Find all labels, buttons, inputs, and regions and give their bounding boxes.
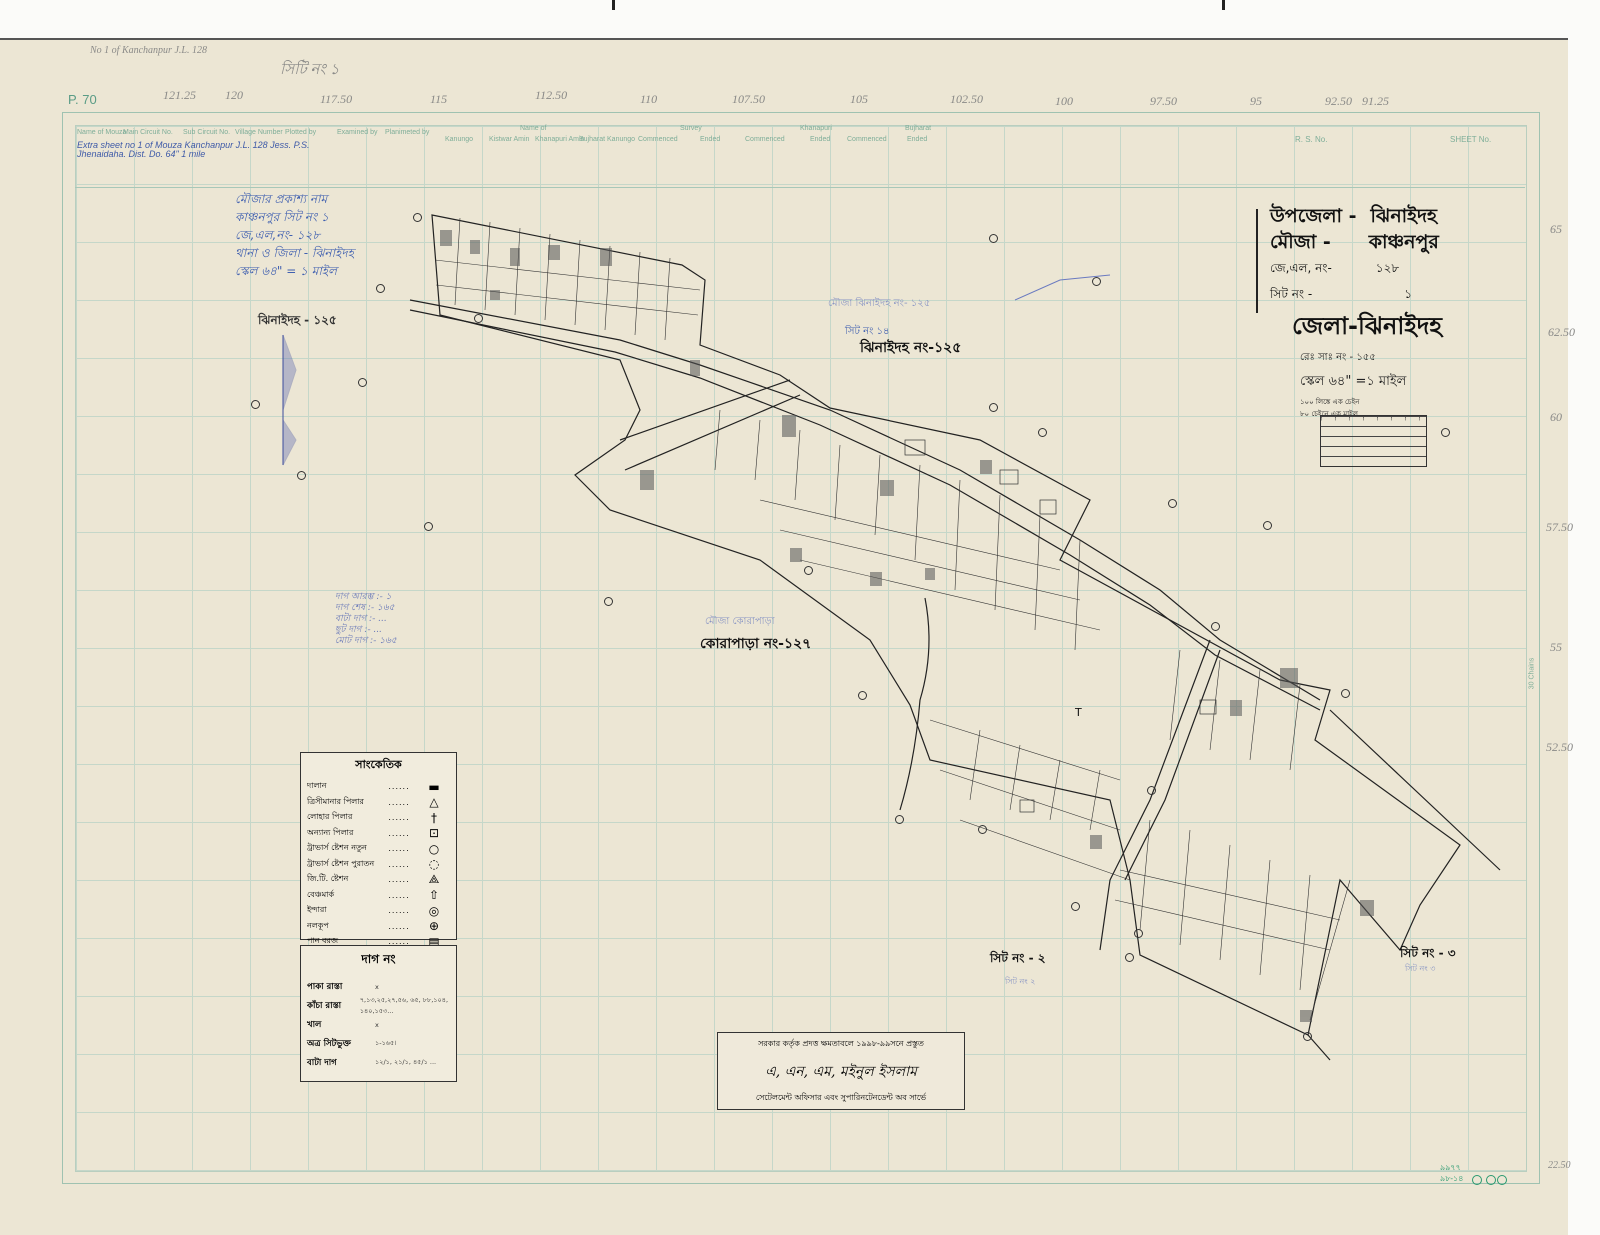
benchmark-icon: ⇧: [419, 888, 449, 902]
legend-dots: ......: [379, 922, 419, 931]
traverse-station-icon: [474, 314, 483, 323]
legend-label: ট্রাভার্স ষ্টেশন পুরাতন: [307, 858, 379, 871]
dag-label: কাঁচা রাস্তা: [307, 999, 360, 1013]
traverse-station-icon: [1125, 953, 1134, 962]
traverse-station-icon: [1211, 622, 1220, 631]
legend-label: অন্যান্য পিলার: [307, 827, 379, 840]
legend-dots: ......: [379, 906, 419, 915]
legend-item: ত্রিসীমানার পিলার......△: [301, 795, 456, 811]
legend-item: বেঞ্চমার্ক......⇧: [301, 888, 456, 904]
legend-label: নলকূপ: [307, 920, 379, 933]
dag-title: দাগ নং: [301, 951, 456, 971]
dag-label: বাটা দাগ: [307, 1056, 375, 1070]
scale-tick-bottom: 22.50: [1548, 1160, 1571, 1171]
building-icon: ▬: [419, 780, 449, 794]
traverse-station-icon: [1038, 428, 1047, 437]
dag-row: কাঁচা রাস্তা৭,১৩,২৫,২৭,৫৬, ৬৫, ৮৮,১০৪, ১…: [301, 996, 456, 1015]
legend-item: জি.টি. ষ্টেশন......⟁: [301, 872, 456, 888]
traverse-station-icon: [978, 825, 987, 834]
legend-item: দালান......▬: [301, 779, 456, 795]
dag-value: x: [375, 983, 379, 991]
dag-number-box: দাগ নং পাকা রাস্তাx কাঁচা রাস্তা৭,১৩,২৫,…: [300, 945, 457, 1082]
legend-label: ত্রিসীমানার পিলার: [307, 796, 379, 809]
label-sheet-2: সিট নং - ২: [990, 950, 1046, 970]
label-jhenaidah-north: ঝিনাইদহ নং-১২৫: [860, 336, 961, 360]
traverse-station-icon: [424, 522, 433, 531]
legend-item: অন্যান্য পিলার......⊡: [301, 826, 456, 842]
legend-dots: ......: [379, 782, 419, 791]
traverse-station-icon: [989, 403, 998, 412]
label-t-marker: T: [1075, 706, 1082, 719]
grid-plot-boxes: [905, 440, 1216, 812]
traverse-station-icon: [604, 597, 613, 606]
iron-pillar-icon: †: [419, 811, 449, 825]
label-jhenaidah-mouza-small: মৌজা ঝিনাইদহ নং- ১২৫: [828, 296, 930, 313]
legend-item: লোহার পিলার......†: [301, 810, 456, 826]
dag-label: খাল: [307, 1018, 375, 1032]
legend-box: সাংকেতিক দালান......▬ ত্রিসীমানার পিলার.…: [300, 752, 457, 940]
dag-row: খালx: [301, 1015, 456, 1034]
legend-item: ট্রাভার্স ষ্টেশন নতুন......○: [301, 841, 456, 857]
dag-label: অত্র সিটভুক্ত: [307, 1037, 375, 1051]
legend-item: ইন্দারা......◎: [301, 903, 456, 919]
traverse-station-icon: [804, 566, 813, 575]
cert-line-1: সরকার কর্তৃক প্রদত্ত ক্ষমতাবলে ১৯৯৮-৯৯সন…: [718, 1038, 964, 1051]
stamp-circle-icon: [1472, 1175, 1482, 1185]
traverse-station-icon: [1147, 786, 1156, 795]
dag-value: x: [375, 1021, 379, 1029]
cert-signature: এ, এন, এম, মইনুল ইসলাম: [718, 1060, 964, 1084]
traverse-station-icon: [1263, 521, 1272, 530]
legend-dots: ......: [379, 875, 419, 884]
stamp-circle-icon: [1497, 1175, 1507, 1185]
dag-value: ৭,১৩,২৫,২৭,৫৬, ৬৫, ৮৮,১০৪, ১৪০,১৫৩...: [360, 995, 456, 1017]
dag-label: পাকা রাস্তা: [307, 980, 375, 994]
dag-value: ১-১৬৫।: [375, 1038, 397, 1049]
plot-summary-note: দাগ আরম্ভ :- ১ দাগ শেষ :- ১৬৫ বাটা দাগ :…: [335, 592, 397, 647]
dag-row: পাকা রাস্তাx: [301, 977, 456, 996]
legend-label: লোহার পিলার: [307, 811, 379, 824]
triangle-pillar-icon: △: [419, 795, 449, 809]
legend-label: ট্রাভার্স ষ্টেশন নতুন: [307, 842, 379, 855]
legend-item: নলকূপ......⊕: [301, 919, 456, 935]
cert-line-3: সেটেলমেন্ট অফিসার এবং সুপারিনটেনডেন্ট অব…: [718, 1092, 964, 1105]
traverse-station-icon: [297, 471, 306, 480]
legend-label: দালান: [307, 780, 379, 793]
traverse-station-icon: [1092, 277, 1101, 286]
dag-row: অত্র সিটভুক্ত১-১৬৫।: [301, 1034, 456, 1053]
dag-value: ১২/১, ২১/১, ৪৫/১ ...: [375, 1057, 436, 1068]
legend-dots: ......: [379, 798, 419, 807]
legend-title: সাংকেতিক: [301, 756, 456, 775]
summary-line: দাগ আরম্ভ :- ১: [335, 592, 397, 603]
other-pillar-icon: ⊡: [419, 826, 449, 840]
traverse-station-icon: [413, 213, 422, 222]
traverse-station-icon: [989, 234, 998, 243]
traverse-station-icon: [895, 815, 904, 824]
traverse-station-icon: [376, 284, 385, 293]
summary-line: বাটা দাগ :- ...: [335, 614, 397, 625]
label-korapara: কোরাপাড়া নং-১২৭: [700, 632, 811, 656]
north-arrow-icon: [283, 335, 296, 465]
label-sheet-3: সিট নং - ৩: [1400, 945, 1456, 965]
legend-dots: ......: [379, 829, 419, 838]
legend-dots: ......: [379, 860, 419, 869]
tubewell-icon: ⊕: [419, 919, 449, 933]
traverse-station-icon: [1134, 929, 1143, 938]
traverse-station-icon: [1341, 689, 1350, 698]
summary-line: ছুট দাগ :- ...: [335, 625, 397, 636]
traverse-station-icon: [358, 378, 367, 387]
legend-dots: ......: [379, 844, 419, 853]
traverse-station-icon: [1168, 499, 1177, 508]
traverse-station-icon: [858, 691, 867, 700]
code-2: ৯৮-১৪: [1440, 1173, 1463, 1186]
label-jhenaidah-west: ঝিনাইদহ - ১২৫: [258, 312, 337, 332]
legend-label: ইন্দারা: [307, 904, 379, 917]
legend-label: বেঞ্চমার্ক: [307, 889, 379, 902]
label-sheet-2-small: সিট নং ২: [1005, 976, 1035, 989]
gt-station-icon: ⟁: [419, 872, 449, 887]
well-icon: ◎: [419, 904, 449, 918]
summary-line: মোট দাগ :- ১৬৫: [335, 636, 397, 647]
traverse-old-icon: ◌: [419, 857, 449, 871]
label-sheet-3-small: সিট নং ৩: [1405, 963, 1435, 976]
traverse-station-icon: [1303, 1032, 1312, 1041]
traverse-station-icon: [1441, 428, 1450, 437]
certification-box: সরকার কর্তৃক প্রদত্ত ক্ষমতাবলে ১৯৯৮-৯৯সন…: [717, 1032, 965, 1110]
legend-dots: ......: [379, 891, 419, 900]
traverse-station-icon: [1071, 902, 1080, 911]
legend-item: ট্রাভার্স ষ্টেশন পুরাতন......◌: [301, 857, 456, 873]
legend-label: জি.টি. ষ্টেশন: [307, 873, 379, 886]
label-korapara-small: মৌজা কোরাপাড়া: [705, 614, 775, 631]
traverse-new-icon: ○: [419, 842, 449, 856]
summary-line: দাগ শেষ :- ১৬৫: [335, 603, 397, 614]
dag-row: বাটা দাগ১২/১, ২১/১, ৪৫/১ ...: [301, 1053, 456, 1072]
traverse-station-icon: [251, 400, 260, 409]
stamp-circle-icon: [1486, 1175, 1496, 1185]
legend-dots: ......: [379, 813, 419, 822]
